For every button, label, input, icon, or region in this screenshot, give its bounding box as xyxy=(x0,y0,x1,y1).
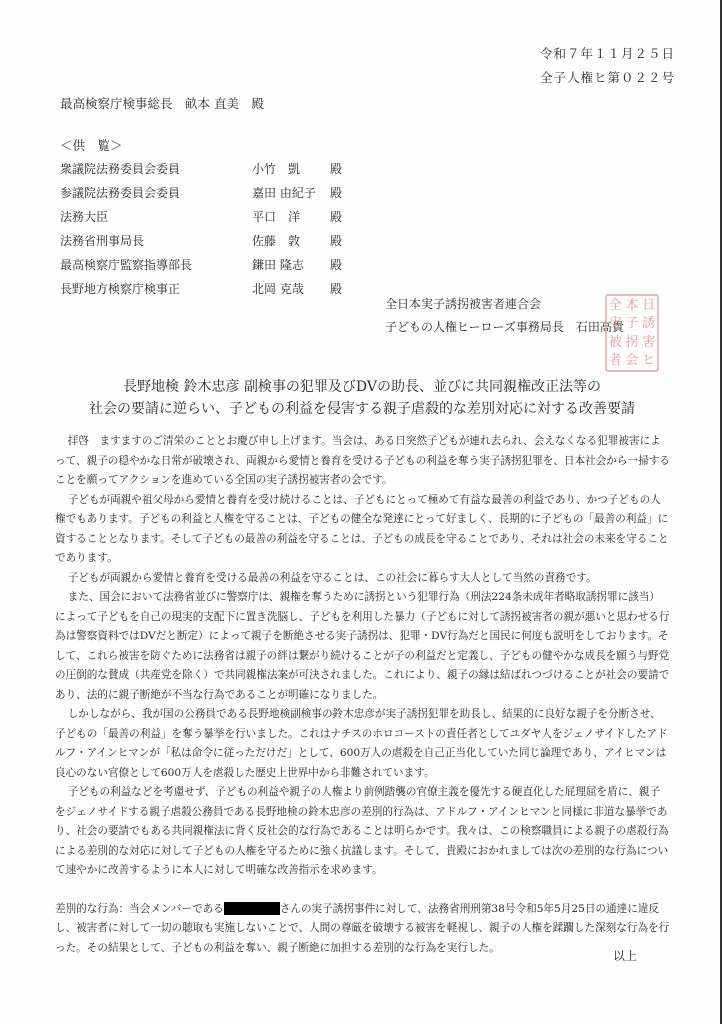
cc-role: 法務省刑事局長 xyxy=(60,232,144,249)
cc-name: 平口 洋 xyxy=(252,208,300,225)
redacted-name-block xyxy=(224,902,280,915)
act-text-before: 差別的な行為：当会メンバーである xyxy=(55,903,224,915)
cc-recipient: 長野地方検察庁検事正 北岡 克哉 殿 xyxy=(60,280,360,300)
seal-glyph: 子 xyxy=(624,315,641,334)
document-page: 令和７年１１月２５日 全子人権ヒ第０２２号 最高検察庁検事総長 畝本 直美 殿 … xyxy=(0,0,724,1024)
document-date: 令和７年１１月２５日 xyxy=(540,44,675,62)
sender-organization: 全日本実子誘拐被害者連合会 xyxy=(385,295,541,312)
cc-honorific: 殿 xyxy=(330,232,342,249)
cc-role: 衆議院法務委員会委員 xyxy=(60,160,180,177)
seal-glyph: ヒ xyxy=(640,352,657,371)
seal-glyph: 本 xyxy=(624,296,641,315)
seal-glyph: 被 xyxy=(607,333,624,352)
document-number: 全子人権ヒ第０２２号 xyxy=(540,68,675,86)
cc-honorific: 殿 xyxy=(330,256,342,273)
cc-honorific: 殿 xyxy=(330,208,342,225)
cc-name: 北岡 克哉 xyxy=(252,280,304,297)
cc-honorific: 殿 xyxy=(330,160,342,177)
cc-role: 参議院法務委員会委員 xyxy=(60,184,180,201)
cc-honorific: 殿 xyxy=(330,184,342,201)
closing-ijo: 以上 xyxy=(613,947,637,964)
seal-glyph: 誘 xyxy=(640,315,657,334)
body-paragraph-discriminatory-act: 差別的な行為：当会メンバーであるさんの実子誘拐事件に対して、法務省刑刑第38号令… xyxy=(55,900,670,959)
body-paragraph-legislation: また、国会において法務省並びに警察庁は、親権を奪うために誘拐という犯罪行為（刑法… xyxy=(55,588,670,705)
cc-role: 法務大臣 xyxy=(60,208,108,225)
seal-glyph: 日 xyxy=(640,296,657,315)
cc-name: 鎌田 隆志 xyxy=(252,256,304,273)
seal-glyph: 全 xyxy=(607,296,624,315)
body-paragraph-greeting: 拝啓 ますますのご清栄のこととお慶び申し上げます。当会は、ある日突然子どもが連れ… xyxy=(55,432,670,491)
cc-recipient: 参議院法務委員会委員 嘉田 由紀子 殿 xyxy=(60,184,360,204)
body-paragraph-duty: 子どもが両親から愛情と養育を受ける最善の利益を守ることは、この社会に暮らす大人と… xyxy=(55,569,670,589)
cc-recipient: 法務省刑事局長 佐藤 敦 殿 xyxy=(60,232,360,252)
cc-name: 小竹 凱 xyxy=(252,160,300,177)
cc-honorific: 殿 xyxy=(330,280,342,297)
cc-role: 最高検察庁監察指導部長 xyxy=(60,256,192,273)
cc-role: 長野地方検察庁検事正 xyxy=(60,280,180,297)
body-paragraph-child-rights: 子どもが両親や祖父母から愛情と養育を受け続けることは、子どもにとって極めて有益な… xyxy=(55,491,670,569)
cc-recipient: 法務大臣 平口 洋 殿 xyxy=(60,208,360,228)
cc-name: 佐藤 敦 xyxy=(252,232,300,249)
request-title-line1: 長野地検 鈴木忠彦 副検事の犯罪及びDVの助長、並びに共同親権改正法等の xyxy=(0,376,724,396)
seal-glyph: 実 xyxy=(607,315,624,334)
letter-body: 拝啓 ますますのご清栄のこととお慶び申し上げます。当会は、ある日突然子どもが連れ… xyxy=(55,432,670,958)
cc-name: 嘉田 由紀子 xyxy=(252,184,316,201)
seal-glyph: 害 xyxy=(640,333,657,352)
seal-glyph: 会 xyxy=(624,352,641,371)
body-paragraph-accusation: しかしながら、我が国の公務員である長野地検副検事の鈴木忠彦が実子誘拐犯罪を助長し… xyxy=(55,705,670,783)
seal-glyph: 者 xyxy=(607,352,624,371)
request-title-line2: 社会の要請に逆らい、子どもの利益を侵害する親子虐殺的な差別対応に対する改善要請 xyxy=(0,398,724,418)
addressee: 最高検察庁検事総長 畝本 直美 殿 xyxy=(60,94,264,112)
cc-recipient: 衆議院法務委員会委員 小竹 凱 殿 xyxy=(60,160,360,180)
seal-glyph: 拐 xyxy=(624,333,641,352)
body-paragraph-protest: 子どもの利益などを考慮せず、子どもの利益や親子の人権より前例踏襲の官僚主義を優先… xyxy=(55,783,670,881)
sender-name: 子どもの人権ヒーローズ事務局長 石田高貴 xyxy=(385,318,624,335)
scan-edge xyxy=(720,0,722,1024)
cc-recipient: 最高検察庁監察指導部長 鎌田 隆志 殿 xyxy=(60,256,360,276)
cc-heading: ＜供 覧＞ xyxy=(60,136,123,154)
paragraph-spacer xyxy=(55,881,670,900)
red-seal-stamp: 全 本 日 実 子 誘 被 拐 害 者 会 ヒ xyxy=(605,294,659,372)
